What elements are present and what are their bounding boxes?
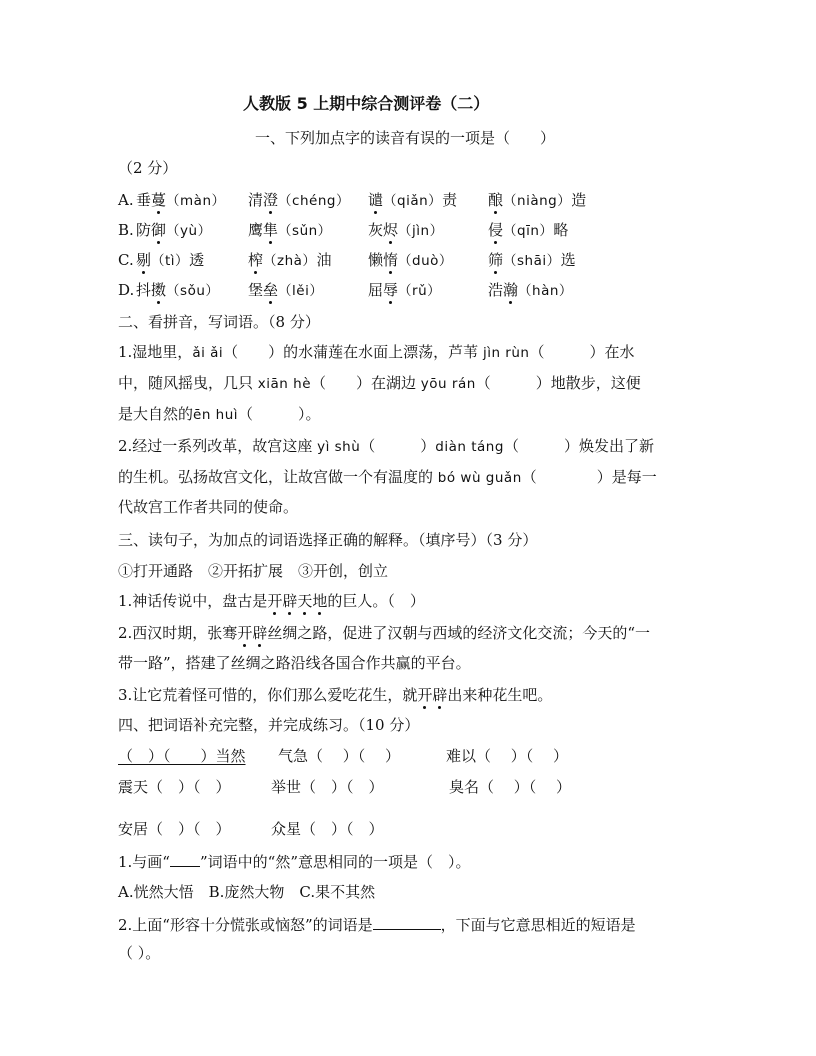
q1-heading: 一、下列加点字的读音有误的一项是（ ）	[255, 128, 555, 148]
q4-question-2: 2.上面“形容十分慌张或恼怒”的词语是，下面与它意思相近的短语是	[118, 913, 636, 935]
idiom-blank[interactable]: 举世（ ）（ ）	[271, 777, 384, 797]
pinyin-item: 防御（yù）	[136, 220, 212, 241]
idiom-blank[interactable]: 难以（ ）（ ）	[446, 746, 568, 766]
q2-p1-line1: 1.湿地里，ǎi ǎi（ ）的水蒲莲在水面上漂荡，芦苇 jìn rùn（ ）在水	[118, 342, 634, 363]
q2-p1-line2: 中，随风摇曳，几只 xiān hè（ ）在湖边 yōu rán（ ）地散步，这便	[118, 373, 641, 394]
pinyin-item: 筛（shāi）选	[488, 250, 576, 271]
q4-heading: 四、把词语补充完整，并完成练习。（10 分）	[118, 715, 419, 735]
underline-sample	[170, 850, 200, 867]
page-title: 人教版 5 上期中综合测评卷（二）	[243, 94, 489, 114]
pinyin-item: 灰烬（jìn）	[368, 220, 444, 241]
pinyin-item: 抖擞（sǒu）	[136, 280, 219, 301]
idiom-blank[interactable]: 震天（ ）（ ）	[118, 777, 231, 797]
pinyin-item: 侵（qīn）略	[488, 220, 568, 241]
q3-sentence-2: 2.西汉时期，张骞开辟丝绸之路，促进了汉朝与西域的经济文化交流；今天的“一	[118, 623, 650, 643]
q4-question-1-options: A.恍然大悟 B.庞然大物 C.果不其然	[118, 882, 375, 902]
q4-question-1: 1.与画“”词语中的“然”意思相同的一项是（ ）。	[118, 850, 471, 872]
q2-heading: 二、看拼音，写词语。（8 分）	[118, 312, 320, 332]
option-label[interactable]: C.	[118, 250, 134, 270]
pinyin-item: 酿（niàng）造	[488, 190, 586, 211]
answer-blank[interactable]	[373, 913, 441, 930]
q3-sentence-3: 3.让它荒着怪可惜的，你们那么爱吃花生，就开辟出来种花生吧。	[118, 685, 552, 705]
idiom-blank[interactable]: 臭名（ ）（ ）	[449, 777, 571, 797]
q4-question-2-cont: （ ）。	[118, 943, 160, 963]
option-label[interactable]: B.	[118, 220, 134, 240]
idiom-blank[interactable]: 众星（ ）（ ）	[271, 819, 384, 839]
q1-score: （2 分）	[118, 158, 177, 178]
q3-choices: ①打开通路 ②开拓扩展 ③开创，创立	[118, 561, 388, 581]
pinyin-item: 榨（zhà）油	[248, 250, 331, 271]
pinyin-item: 懒惰（duò）	[368, 250, 453, 271]
pinyin-item: 谴（qiǎn）责	[368, 190, 457, 211]
q2-p2-line3: 代故宫工作者共同的使命。	[118, 497, 298, 517]
pinyin-item: 垂蔓（màn）	[136, 190, 226, 211]
pinyin-item: 浩瀚（hàn）	[488, 280, 573, 301]
q3-sentence-1: 1.神话传说中，盘古是开辟天地的巨人。（ ）	[118, 591, 425, 611]
q2-p2-line2: 的生机。弘扬故宫文化，让故宫做一个有温度的 bó wù guǎn（ ）是每一	[118, 467, 657, 488]
idiom-blank-underlined[interactable]: （ ）（ ）当然	[118, 746, 246, 766]
q2-p1-line3: 是大自然的ēn huì（ ）。	[118, 404, 321, 425]
option-label[interactable]: A.	[118, 190, 134, 210]
idiom-blank[interactable]: 安居（ ）（ ）	[118, 819, 231, 839]
pinyin-item: 屈辱（rǔ）	[368, 280, 441, 301]
q3-sentence-2-cont: 带一路”，搭建了丝绸之路沿线各国合作共赢的平台。	[118, 653, 471, 673]
pinyin-item: 剔（tì）透	[136, 250, 204, 271]
idiom-blank[interactable]: 气急（ ）（ ）	[278, 746, 400, 766]
q3-heading: 三、读句子，为加点的词语选择正确的解释。（填序号）（3 分）	[118, 530, 537, 550]
q2-p2-line1: 2.经过一系列改革，故宫这座 yì shù（ ）diàn táng（ ）焕发出了…	[118, 436, 654, 457]
pinyin-item: 鹰隼（sǔn）	[248, 220, 332, 241]
pinyin-item: 清澄（chéng）	[248, 190, 350, 211]
pinyin-item: 堡垒（lěi）	[248, 280, 323, 301]
option-label[interactable]: D.	[118, 280, 134, 300]
